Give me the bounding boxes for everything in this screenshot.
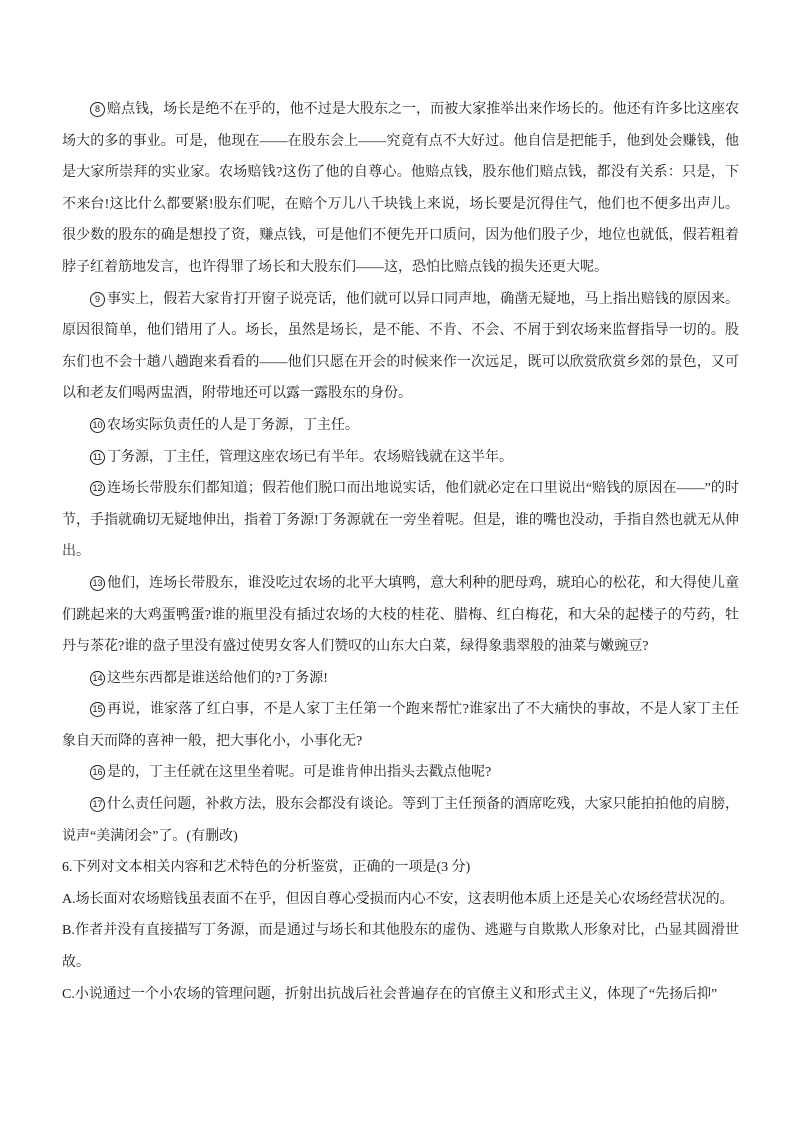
option-c-text: 小说通过一个小农场的管理问题，折射出抗战后社会普遍存在的官僚主义和形式主义，体现…: [75, 987, 717, 1002]
option-b: B.作者并没有直接描写丁务源，而是通过与场长和其他股东的虚伪、逃避与自欺欺人形象…: [62, 915, 739, 978]
circled-number-14-icon: 14: [90, 671, 105, 686]
paragraph-14-text: 这些东西都是谁送给他们的?丁务源!: [107, 671, 328, 686]
circled-number-10-icon: 10: [90, 418, 105, 433]
paragraph-9-text: 事实上，假若大家肯打开窗子说亮话，他们就可以异口同声地，确凿无疑地，马上指出赔钱…: [62, 292, 739, 402]
document-page: 8赔点钱，场长是绝不在乎的，他不过是大股东之一，而被大家推举出来作场长的。他还有…: [0, 0, 800, 1131]
passage-paragraph-12: 12连场长带股东们都知道；假若他们脱口而出地说实话，他们就必定在口里说出“赔钱的…: [62, 473, 739, 568]
circled-number-13-icon: 13: [90, 576, 105, 591]
question-number: 6.: [62, 860, 73, 875]
circled-number-9-icon: 9: [90, 292, 105, 307]
option-c-label: C.: [62, 987, 75, 1002]
passage-paragraph-8: 8赔点钱，场长是绝不在乎的，他不过是大股东之一，而被大家推举出来作场长的。他还有…: [62, 94, 739, 284]
paragraph-15-text: 再说，谁家落了红白事，不是人家丁主任第一个跑来帮忙?谁家出了不大痛快的事故，不是…: [62, 702, 739, 749]
passage-paragraph-17: 17什么责任问题，补救方法，股东会都没有谈论。等到丁主任预备的酒席吃残，大家只能…: [62, 789, 739, 852]
paragraph-12-text: 连场长带股东们都知道；假若他们脱口而出地说实话，他们就必定在口里说出“赔钱的原因…: [62, 481, 739, 559]
question-6-block: 6.下列对文本相关内容和艺术特色的分析鉴赏，正确的一项是(3 分) A.场长面对…: [62, 852, 739, 1010]
option-b-label: B.: [62, 923, 75, 938]
circled-number-17-icon: 17: [90, 797, 105, 812]
passage-paragraph-11: 11丁务源，丁主任，管理这座农场已有半年。农场赔钱就在这半年。: [62, 442, 739, 474]
paragraph-10-text: 农场实际负责任的人是丁务源，丁主任。: [107, 418, 359, 433]
passage-paragraph-9: 9事实上，假若大家肯打开窗子说亮话，他们就可以异口同声地，确凿无疑地，马上指出赔…: [62, 284, 739, 410]
option-b-text: 作者并没有直接描写丁务源，而是通过与场长和其他股东的虚伪、逃避与自欺欺人形象对比…: [62, 923, 739, 970]
paragraph-17-text: 什么责任问题，补救方法，股东会都没有谈论。等到丁主任预备的酒席吃残，大家只能拍拍…: [62, 797, 739, 844]
option-a: A.场长面对农场赔钱虽表面不在乎，但因自尊心受损而内心不安，这表明他本质上还是关…: [62, 884, 739, 916]
passage-paragraph-14: 14这些东西都是谁送给他们的?丁务源!: [62, 663, 739, 695]
circled-number-15-icon: 15: [90, 702, 105, 717]
paragraph-16-text: 是的，丁主任就在这里坐着呢。可是谁肯伸出指头去戳点他呢?: [107, 765, 491, 780]
reading-passage: 8赔点钱，场长是绝不在乎的，他不过是大股东之一，而被大家推举出来作场长的。他还有…: [62, 94, 739, 852]
option-a-label: A.: [62, 892, 76, 907]
option-a-text: 场长面对农场赔钱虽表面不在乎，但因自尊心受损而内心不安，这表明他本质上还是关心农…: [76, 892, 734, 907]
option-c: C.小说通过一个小农场的管理问题，折射出抗战后社会普遍存在的官僚主义和形式主义，…: [62, 979, 739, 1011]
question-6-stem: 6.下列对文本相关内容和艺术特色的分析鉴赏，正确的一项是(3 分): [62, 852, 739, 884]
circled-number-11-icon: 11: [90, 450, 105, 465]
paragraph-13-text: 他们，连场长带股东，谁没吃过农场的北平大填鸭，意大利种的肥母鸡，琥珀心的松花，和…: [62, 576, 739, 654]
passage-paragraph-15: 15再说，谁家落了红白事，不是人家丁主任第一个跑来帮忙?谁家出了不大痛快的事故，…: [62, 694, 739, 757]
circled-number-12-icon: 12: [90, 481, 105, 496]
passage-paragraph-10: 10农场实际负责任的人是丁务源，丁主任。: [62, 410, 739, 442]
paragraph-11-text: 丁务源，丁主任，管理这座农场已有半年。农场赔钱就在这半年。: [107, 450, 513, 465]
passage-paragraph-16: 16是的，丁主任就在这里坐着呢。可是谁肯伸出指头去戳点他呢?: [62, 757, 739, 789]
paragraph-8-text: 赔点钱，场长是绝不在乎的，他不过是大股东之一，而被大家推举出来作场长的。他还有许…: [62, 102, 739, 275]
question-stem-text: 下列对文本相关内容和艺术特色的分析鉴赏，正确的一项是(3 分): [73, 860, 471, 875]
circled-number-16-icon: 16: [90, 765, 105, 780]
circled-number-8-icon: 8: [90, 102, 105, 117]
passage-paragraph-13: 13他们，连场长带股东，谁没吃过农场的北平大填鸭，意大利种的肥母鸡，琥珀心的松花…: [62, 568, 739, 663]
